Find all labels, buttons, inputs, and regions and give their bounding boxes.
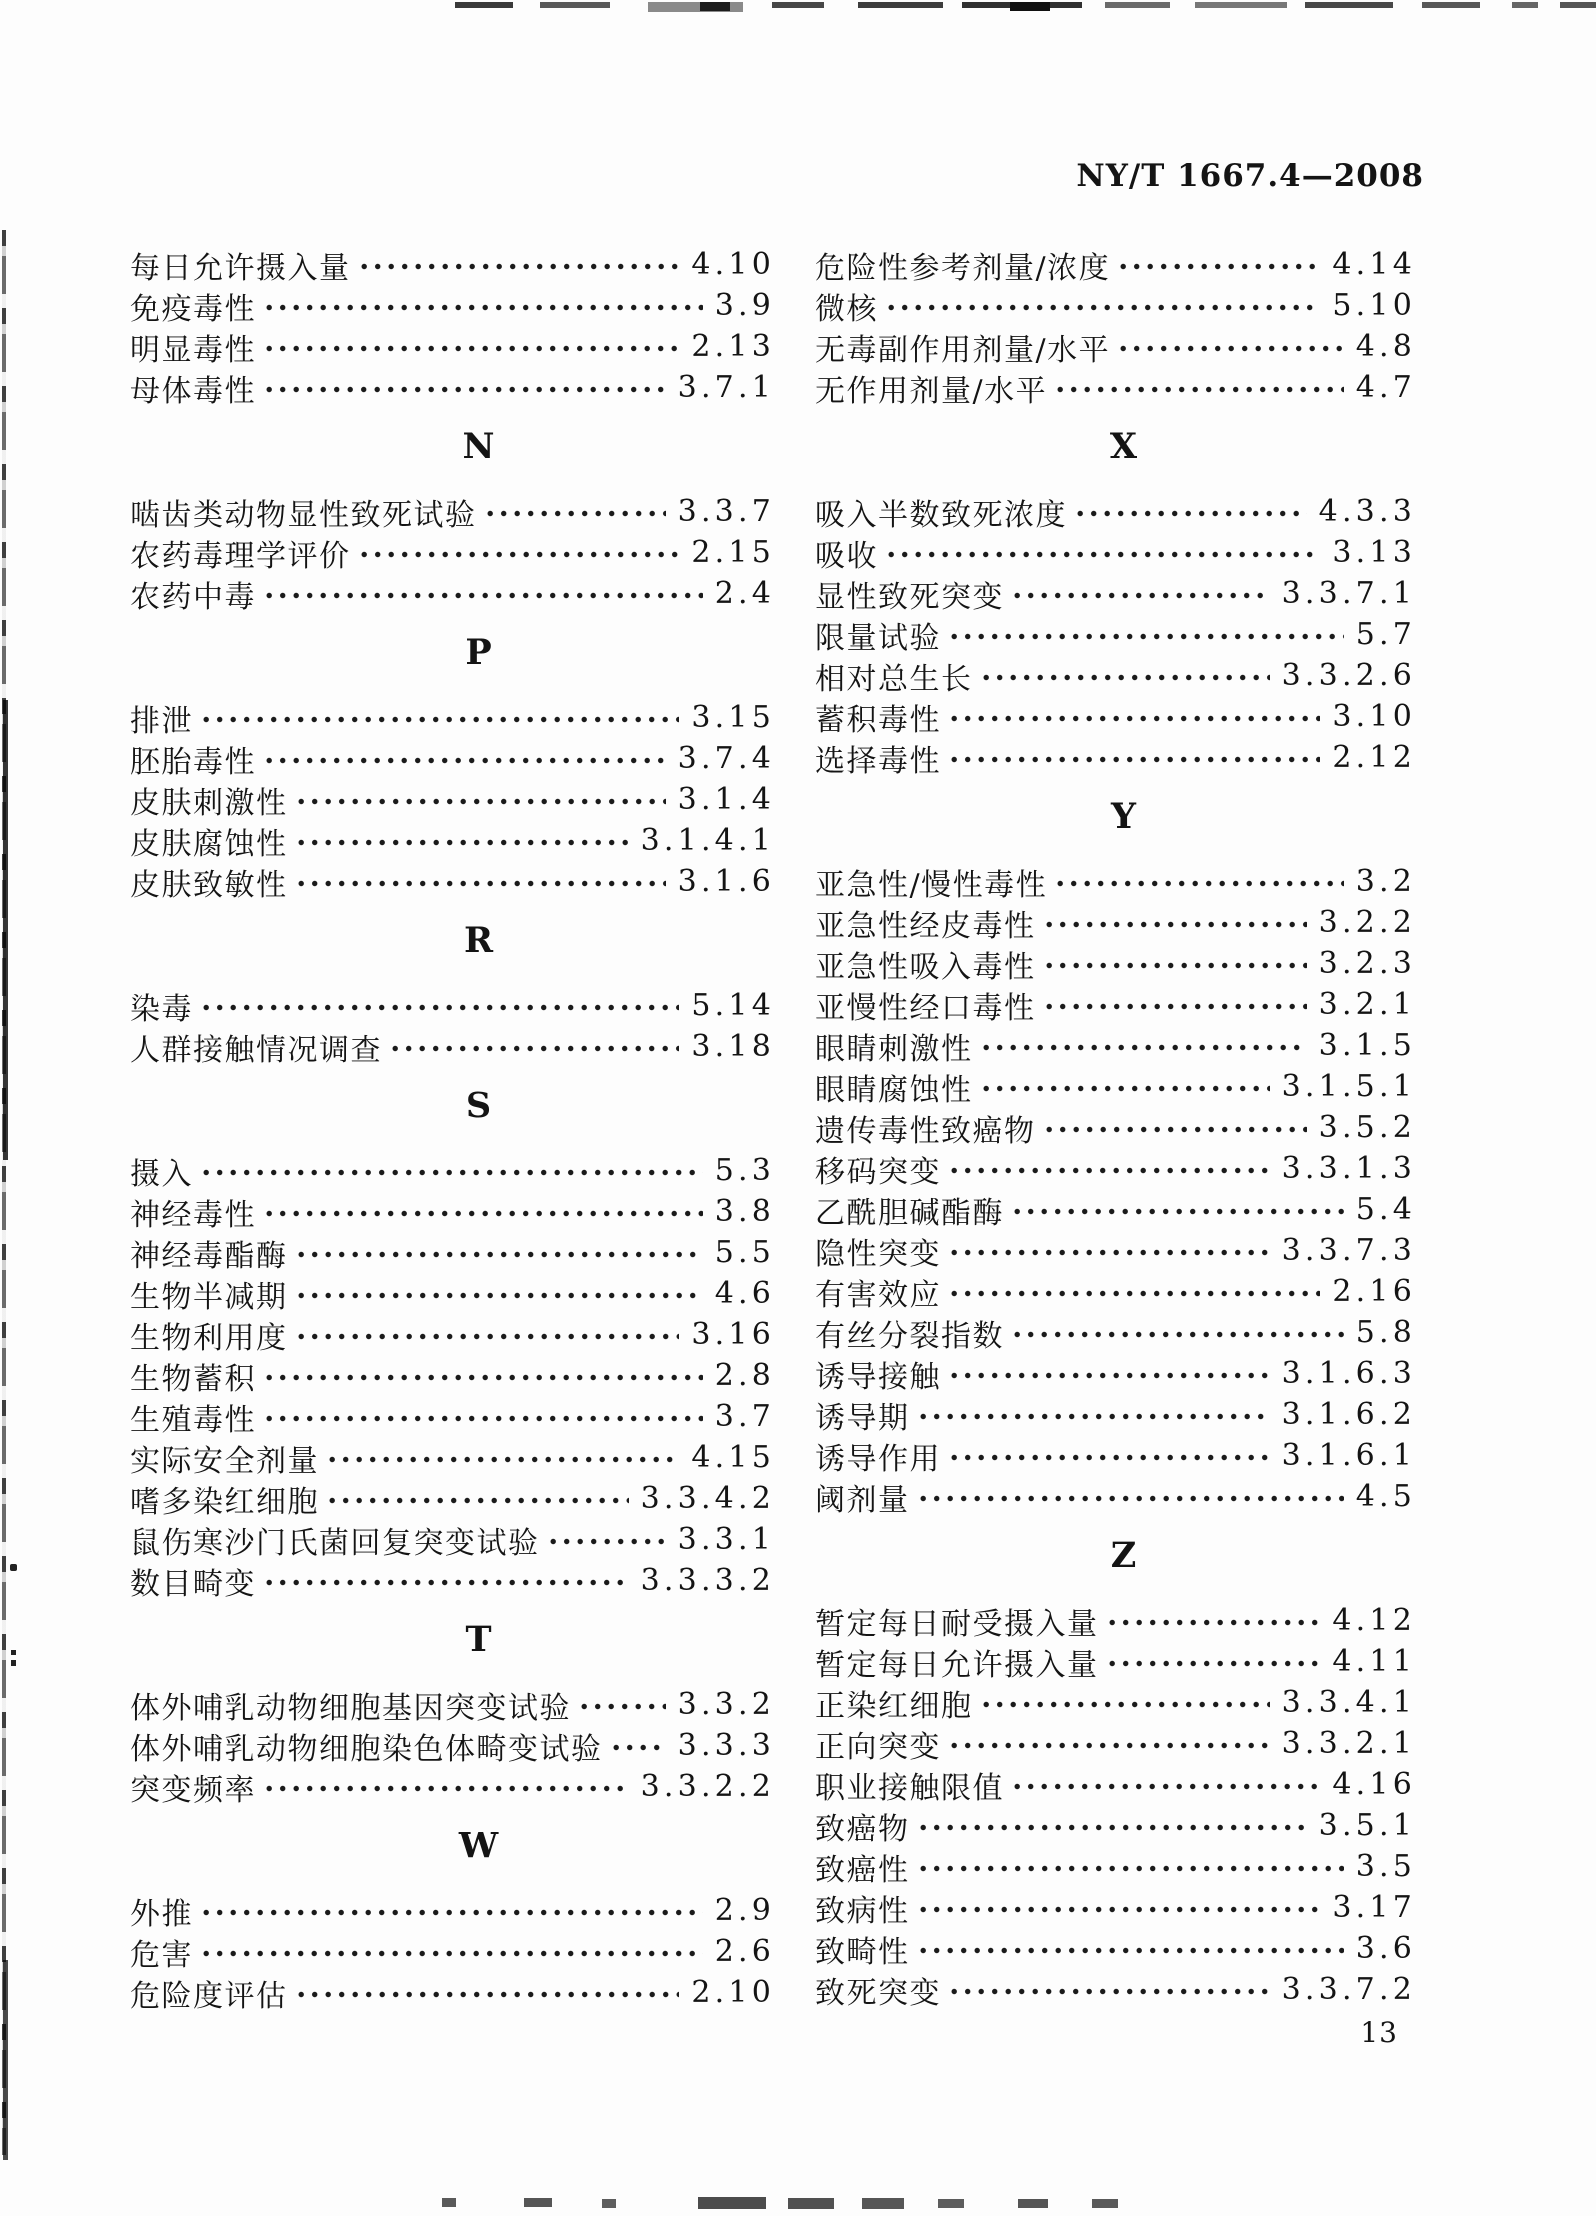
section-ref: 3.3.2.2 [641, 1769, 775, 1804]
index-term: 相对总生长 [815, 654, 973, 698]
dot-leader [1120, 262, 1320, 271]
scan-artifact-top [1010, 2, 1050, 11]
dot-leader [203, 1908, 703, 1917]
scan-artifact-dot [10, 1564, 17, 1571]
dot-leader [951, 1166, 1270, 1175]
index-term: 眼睛腐蚀性 [815, 1065, 973, 1109]
index-term: 诱导期 [815, 1393, 910, 1437]
index-term: 排泄 [130, 696, 193, 740]
index-term: 吸入半数致死浓度 [815, 490, 1067, 534]
dot-leader [1014, 1207, 1344, 1216]
index-entry: 无作用剂量/水平4.7 [815, 367, 1416, 408]
index-term: 乙酰胆碱酯酶 [815, 1188, 1004, 1232]
index-term: 致癌性 [815, 1845, 910, 1889]
index-term: 生物半减期 [130, 1272, 288, 1316]
section-ref: 3.3.2.6 [1282, 658, 1416, 693]
dot-leader [298, 797, 666, 806]
section-ref: 4.3.3 [1319, 494, 1416, 529]
scan-artifact-bottom [788, 2198, 834, 2209]
index-entry: 致癌物3.5.1 [815, 1805, 1416, 1846]
section-ref: 3.1.6 [678, 864, 775, 899]
dot-leader [920, 1946, 1344, 1955]
index-entry: 农药中毒2.4 [130, 573, 775, 614]
index-entry: 亚急性/慢性毒性3.2 [815, 861, 1416, 902]
index-term: 啮齿类动物显性致死试验 [130, 490, 477, 534]
dot-leader [392, 1044, 679, 1053]
dot-leader [266, 1784, 629, 1793]
index-entry: 染毒5.14 [130, 985, 775, 1026]
dot-leader [266, 591, 703, 600]
scan-artifact-left-line [3, 700, 8, 1160]
index-term: 生物利用度 [130, 1313, 288, 1357]
section-ref: 4.5 [1356, 1479, 1416, 1514]
section-ref: 2.12 [1332, 740, 1416, 775]
dot-leader [1120, 344, 1344, 353]
index-term: 致病性 [815, 1886, 910, 1930]
index-term: 致死突变 [815, 1968, 941, 2012]
dot-leader [266, 344, 679, 353]
dot-leader [203, 715, 679, 724]
index-entry: 生殖毒性3.7 [130, 1396, 775, 1437]
index-entry: 致畸性3.6 [815, 1928, 1416, 1969]
index-term: 皮肤致敏性 [130, 860, 288, 904]
dot-leader [1109, 1618, 1321, 1627]
dot-leader [951, 1741, 1270, 1750]
dot-leader [920, 1864, 1344, 1873]
section-ref: 3.3.1 [678, 1522, 775, 1557]
index-entry: 诱导期3.1.6.2 [815, 1394, 1416, 1435]
dot-leader [1057, 879, 1344, 888]
index-term: 无作用剂量/水平 [815, 366, 1047, 410]
dot-leader [266, 1373, 703, 1382]
index-term: 有丝分裂指数 [815, 1311, 1004, 1355]
section-ref: 4.6 [715, 1276, 775, 1311]
dot-leader [951, 1987, 1270, 1996]
section-ref: 4.10 [691, 247, 775, 282]
dot-leader [329, 1496, 629, 1505]
section-ref: 3.5.1 [1319, 1808, 1416, 1843]
index-term: 致畸性 [815, 1927, 910, 1971]
index-term: 体外哺乳动物细胞染色体畸变试验 [130, 1724, 603, 1768]
index-entry: 摄入5.3 [130, 1150, 775, 1191]
dot-leader [361, 262, 680, 271]
section-ref: 3.3.4.2 [641, 1481, 775, 1516]
index-entry: 皮肤刺激性3.1.4 [130, 779, 775, 820]
dot-leader [888, 303, 1320, 312]
index-entry: 隐性突变3.3.7.3 [815, 1230, 1416, 1271]
dot-leader [329, 1455, 679, 1464]
section-ref: 5.7 [1356, 617, 1416, 652]
section-ref: 3.2.1 [1319, 987, 1416, 1022]
index-entry: 数目畸变3.3.3.2 [130, 1560, 775, 1601]
section-ref: 3.1.4.1 [641, 823, 775, 858]
section-ref: 3.1.4 [678, 782, 775, 817]
index-entry: 人群接触情况调查3.18 [130, 1026, 775, 1067]
index-term: 阈剂量 [815, 1475, 910, 1519]
section-ref: 3.1.6.2 [1282, 1397, 1416, 1432]
index-entry: 微核5.10 [815, 285, 1416, 326]
index-entry: 啮齿类动物显性致死试验3.3.7 [130, 491, 775, 532]
index-term: 鼠伤寒沙门氏菌回复突变试验 [130, 1518, 540, 1562]
dot-leader [983, 673, 1270, 682]
index-term: 母体毒性 [130, 366, 256, 410]
index-entry: 体外哺乳动物细胞基因突变试验3.3.2 [130, 1684, 775, 1725]
index-entry: 眼睛腐蚀性3.1.5.1 [815, 1066, 1416, 1107]
index-entry: 乙酰胆碱酯酶5.4 [815, 1189, 1416, 1230]
section-ref: 3.1.6.1 [1282, 1438, 1416, 1473]
index-entry: 移码突变3.3.1.3 [815, 1148, 1416, 1189]
section-ref: 4.16 [1332, 1767, 1416, 1802]
scan-artifact-top [772, 2, 824, 8]
scan-artifact-left-line [3, 1960, 8, 2160]
section-ref: 2.8 [715, 1358, 775, 1393]
dot-leader [550, 1537, 666, 1546]
section-ref: 4.15 [691, 1440, 775, 1475]
letter-heading: Z [823, 1535, 1424, 1576]
section-ref: 3.1.6.3 [1282, 1356, 1416, 1391]
index-entry: 危害2.6 [130, 1931, 775, 1972]
dot-leader [1109, 1659, 1321, 1668]
dot-leader [920, 1823, 1307, 1832]
letter-heading: N [156, 426, 801, 467]
dot-leader [203, 1003, 679, 1012]
section-ref: 4.12 [1332, 1603, 1416, 1638]
section-ref: 3.7.4 [678, 741, 775, 776]
letter-heading: R [156, 920, 801, 961]
section-ref: 3.2.2 [1319, 905, 1416, 940]
scan-artifact-top [455, 2, 513, 8]
section-ref: 3.10 [1332, 699, 1416, 734]
index-term: 吸收 [815, 531, 878, 575]
index-entry: 暂定每日耐受摄入量4.12 [815, 1600, 1416, 1641]
letter-heading: X [823, 426, 1424, 467]
index-term: 眼睛刺激性 [815, 1024, 973, 1068]
scan-artifact-bottom [1092, 2199, 1118, 2208]
index-column-right: 危险性参考剂量/浓度4.14微核5.10无毒副作用剂量/水平4.8无作用剂量/水… [815, 244, 1416, 2010]
dot-leader [951, 632, 1344, 641]
index-entry: 阈剂量4.5 [815, 1476, 1416, 1517]
index-entry: 遗传毒性致癌物3.5.2 [815, 1107, 1416, 1148]
dot-leader [1046, 920, 1307, 929]
index-entry: 亚急性吸入毒性3.2.3 [815, 943, 1416, 984]
dot-leader [920, 1494, 1344, 1503]
index-term: 每日允许摄入量 [130, 243, 351, 287]
index-term: 诱导接触 [815, 1352, 941, 1396]
index-term: 外推 [130, 1889, 193, 1933]
section-ref: 2.6 [715, 1934, 775, 1969]
index-term: 亚急性/慢性毒性 [815, 860, 1047, 904]
index-term: 移码突变 [815, 1147, 941, 1191]
index-entry: 吸收3.13 [815, 532, 1416, 573]
dot-leader [266, 1414, 703, 1423]
section-ref: 5.10 [1332, 288, 1416, 323]
dot-leader [951, 755, 1320, 764]
section-ref: 2.15 [691, 535, 775, 570]
section-ref: 3.3.2.1 [1282, 1726, 1416, 1761]
scan-artifact-dot [11, 1650, 16, 1666]
dot-leader [951, 714, 1320, 723]
index-term: 数目畸变 [130, 1559, 256, 1603]
section-ref: 5.8 [1356, 1315, 1416, 1350]
index-entry: 免疫毒性3.9 [130, 285, 775, 326]
section-ref: 3.17 [1332, 1890, 1416, 1925]
scan-artifact-bottom [1018, 2199, 1048, 2208]
index-entry: 明显毒性2.13 [130, 326, 775, 367]
index-term: 嗜多染红细胞 [130, 1477, 319, 1521]
index-term: 亚慢性经口毒性 [815, 983, 1036, 1027]
index-term: 显性致死突变 [815, 572, 1004, 616]
section-ref: 3.3.7.3 [1282, 1233, 1416, 1268]
section-ref: 4.8 [1356, 329, 1416, 364]
section-ref: 4.7 [1356, 370, 1416, 405]
section-ref: 3.3.3 [678, 1728, 775, 1763]
scan-artifact-top [1422, 2, 1480, 8]
index-term: 诱导作用 [815, 1434, 941, 1478]
section-ref: 3.3.7 [678, 494, 775, 529]
index-entry: 职业接触限值4.16 [815, 1764, 1416, 1805]
index-entry: 生物利用度3.16 [130, 1314, 775, 1355]
dot-leader [1014, 1330, 1344, 1339]
index-term: 正向突变 [815, 1722, 941, 1766]
index-entry: 外推2.9 [130, 1890, 775, 1931]
index-entry: 皮肤致敏性3.1.6 [130, 861, 775, 902]
index-term: 正染红细胞 [815, 1681, 973, 1725]
index-term: 染毒 [130, 984, 193, 1028]
dot-leader [983, 1084, 1270, 1093]
section-ref: 3.18 [691, 1029, 775, 1064]
section-ref: 3.3.7.1 [1282, 576, 1416, 611]
section-ref: 3.7 [715, 1399, 775, 1434]
section-ref: 3.3.1.3 [1282, 1151, 1416, 1186]
letter-heading: S [156, 1085, 801, 1126]
index-entry: 胚胎毒性3.7.4 [130, 738, 775, 779]
scan-artifact-top [1305, 2, 1393, 8]
dot-leader [298, 838, 629, 847]
dot-leader [951, 1371, 1270, 1380]
scan-artifact-top [1105, 2, 1170, 8]
dot-leader [1046, 1125, 1307, 1134]
standard-code: NY/T 1667.4—2008 [1076, 158, 1424, 194]
index-entry: 神经毒酯酶5.5 [130, 1232, 775, 1273]
index-entry: 无毒副作用剂量/水平4.8 [815, 326, 1416, 367]
index-term: 生殖毒性 [130, 1395, 256, 1439]
index-term: 突变频率 [130, 1765, 256, 1809]
index-entry: 致死突变3.3.7.2 [815, 1969, 1416, 2010]
section-ref: 2.4 [715, 576, 775, 611]
section-ref: 3.3.7.2 [1282, 1972, 1416, 2007]
letter-heading: T [156, 1619, 801, 1660]
section-ref: 3.3.4.1 [1282, 1685, 1416, 1720]
index-entry: 致病性3.17 [815, 1887, 1416, 1928]
section-ref: 3.3.3.2 [641, 1563, 775, 1598]
index-entry: 正染红细胞3.3.4.1 [815, 1682, 1416, 1723]
index-term: 实际安全剂量 [130, 1436, 319, 1480]
index-term: 明显毒性 [130, 325, 256, 369]
scan-artifact-top [858, 2, 943, 8]
section-ref: 3.5 [1356, 1849, 1416, 1884]
dot-leader [361, 550, 680, 559]
index-term: 神经毒性 [130, 1190, 256, 1234]
index-term: 暂定每日耐受摄入量 [815, 1599, 1099, 1643]
index-entry: 危险性参考剂量/浓度4.14 [815, 244, 1416, 285]
index-term: 危险度评估 [130, 1971, 288, 2015]
section-ref: 4.11 [1332, 1644, 1416, 1679]
dot-leader [1046, 1002, 1307, 1011]
index-term: 农药中毒 [130, 572, 256, 616]
index-term: 无毒副作用剂量/水平 [815, 325, 1110, 369]
scan-artifact-bottom [442, 2198, 456, 2207]
scan-artifact-bottom [938, 2199, 964, 2208]
scan-artifact-bottom [602, 2199, 616, 2208]
section-ref: 2.9 [715, 1893, 775, 1928]
index-term: 体外哺乳动物细胞基因突变试验 [130, 1683, 571, 1727]
index-entry: 显性致死突变3.3.7.1 [815, 573, 1416, 614]
dot-leader [888, 550, 1320, 559]
index-entry: 体外哺乳动物细胞染色体畸变试验3.3.3 [130, 1725, 775, 1766]
dot-leader [203, 1949, 703, 1958]
dot-leader [298, 1990, 680, 1999]
section-ref: 2.10 [691, 1975, 775, 2010]
index-entry: 生物半减期4.6 [130, 1273, 775, 1314]
section-ref: 5.3 [715, 1153, 775, 1188]
index-entry: 眼睛刺激性3.1.5 [815, 1025, 1416, 1066]
section-ref: 3.16 [691, 1317, 775, 1352]
section-ref: 4.14 [1332, 247, 1416, 282]
dot-leader [983, 1043, 1307, 1052]
index-term: 蓄积毒性 [815, 695, 941, 739]
index-entry: 亚慢性经口毒性3.2.1 [815, 984, 1416, 1025]
index-entry: 鼠伤寒沙门氏菌回复突变试验3.3.1 [130, 1519, 775, 1560]
index-term: 亚急性经皮毒性 [815, 901, 1036, 945]
index-term: 危险性参考剂量/浓度 [815, 243, 1110, 287]
section-ref: 3.3.2 [678, 1687, 775, 1722]
index-entry: 相对总生长3.3.2.6 [815, 655, 1416, 696]
index-entry: 生物蓄积2.8 [130, 1355, 775, 1396]
scan-artifact-left-line [2, 230, 6, 2155]
dot-leader [266, 756, 666, 765]
dot-leader [613, 1743, 666, 1752]
section-ref: 3.1.5 [1319, 1028, 1416, 1063]
index-entry: 有丝分裂指数5.8 [815, 1312, 1416, 1353]
index-term: 致癌物 [815, 1804, 910, 1848]
section-ref: 3.13 [1332, 535, 1416, 570]
section-ref: 3.7.1 [678, 370, 775, 405]
dot-leader [298, 1291, 703, 1300]
scan-artifact-top [540, 2, 610, 8]
index-term: 生物蓄积 [130, 1354, 256, 1398]
index-column-left: 每日允许摄入量4.10免疫毒性3.9明显毒性2.13母体毒性3.7.1N啮齿类动… [130, 244, 775, 2013]
dot-leader [920, 1905, 1321, 1914]
section-ref: 3.6 [1356, 1931, 1416, 1966]
section-ref: 5.4 [1356, 1192, 1416, 1227]
dot-leader [266, 1578, 629, 1587]
section-ref: 3.2.3 [1319, 946, 1416, 981]
section-ref: 2.16 [1332, 1274, 1416, 1309]
index-entry: 神经毒性3.8 [130, 1191, 775, 1232]
section-ref: 3.15 [691, 700, 775, 735]
letter-heading: Y [823, 796, 1424, 837]
index-entry: 限量试验5.7 [815, 614, 1416, 655]
index-entry: 实际安全剂量4.15 [130, 1437, 775, 1478]
index-term: 皮肤腐蚀性 [130, 819, 288, 863]
section-ref: 3.2 [1356, 864, 1416, 899]
index-entry: 嗜多染红细胞3.3.4.2 [130, 1478, 775, 1519]
section-ref: 2.13 [691, 329, 775, 364]
index-entry: 皮肤腐蚀性3.1.4.1 [130, 820, 775, 861]
index-entry: 诱导作用3.1.6.1 [815, 1435, 1416, 1476]
index-term: 遗传毒性致癌物 [815, 1106, 1036, 1150]
index-entry: 有害效应2.16 [815, 1271, 1416, 1312]
index-term: 限量试验 [815, 613, 941, 657]
index-term: 危害 [130, 1930, 193, 1974]
index-term: 职业接触限值 [815, 1763, 1004, 1807]
index-entry: 致癌性3.5 [815, 1846, 1416, 1887]
dot-leader [203, 1168, 703, 1177]
index-term: 摄入 [130, 1149, 193, 1193]
dot-leader [983, 1700, 1270, 1709]
index-term: 微核 [815, 284, 878, 328]
index-term: 隐性突变 [815, 1229, 941, 1273]
index-term: 农药毒理学评价 [130, 531, 351, 575]
scan-artifact-top [1560, 2, 1596, 8]
dot-leader [298, 879, 666, 888]
letter-heading: W [156, 1825, 801, 1866]
index-entry: 排泄3.15 [130, 697, 775, 738]
index-term: 选择毒性 [815, 736, 941, 780]
index-entry: 选择毒性2.12 [815, 737, 1416, 778]
section-ref: 3.8 [715, 1194, 775, 1229]
index-term: 亚急性吸入毒性 [815, 942, 1036, 986]
dot-leader [951, 1289, 1320, 1298]
index-entry: 农药毒理学评价2.15 [130, 532, 775, 573]
dot-leader [266, 385, 666, 394]
section-ref: 5.5 [715, 1235, 775, 1270]
dot-leader [951, 1453, 1270, 1462]
page-number: 13 [1360, 2016, 1398, 2049]
index-term: 神经毒酯酶 [130, 1231, 288, 1275]
dot-leader [920, 1412, 1270, 1421]
dot-leader [266, 1209, 703, 1218]
scan-artifact-bottom [524, 2198, 552, 2207]
dot-leader [298, 1332, 680, 1341]
dot-leader [1014, 591, 1270, 600]
section-ref: 3.9 [715, 288, 775, 323]
index-entry: 暂定每日允许摄入量4.11 [815, 1641, 1416, 1682]
index-term: 有害效应 [815, 1270, 941, 1314]
index-term: 暂定每日允许摄入量 [815, 1640, 1099, 1684]
dot-leader [1077, 509, 1307, 518]
index-term: 免疫毒性 [130, 284, 256, 328]
dot-leader [487, 509, 666, 518]
index-term: 皮肤刺激性 [130, 778, 288, 822]
scan-artifact-top [700, 2, 730, 11]
scan-artifact-top [1195, 2, 1287, 8]
scanned-document-page: NY/T 1667.4—2008 每日允许摄入量4.10免疫毒性3.9明显毒性2… [0, 0, 1596, 2216]
index-entry: 蓄积毒性3.10 [815, 696, 1416, 737]
index-entry: 吸入半数致死浓度4.3.3 [815, 491, 1416, 532]
scan-artifact-bottom [698, 2197, 766, 2209]
dot-leader [951, 1248, 1270, 1257]
dot-leader [1057, 385, 1344, 394]
index-entry: 每日允许摄入量4.10 [130, 244, 775, 285]
scan-artifact-bottom [862, 2198, 904, 2209]
index-term: 人群接触情况调查 [130, 1025, 382, 1069]
dot-leader [581, 1702, 666, 1711]
section-ref: 3.1.5.1 [1282, 1069, 1416, 1104]
index-entry: 危险度评估2.10 [130, 1972, 775, 2013]
section-ref: 5.14 [691, 988, 775, 1023]
letter-heading: P [156, 632, 801, 673]
